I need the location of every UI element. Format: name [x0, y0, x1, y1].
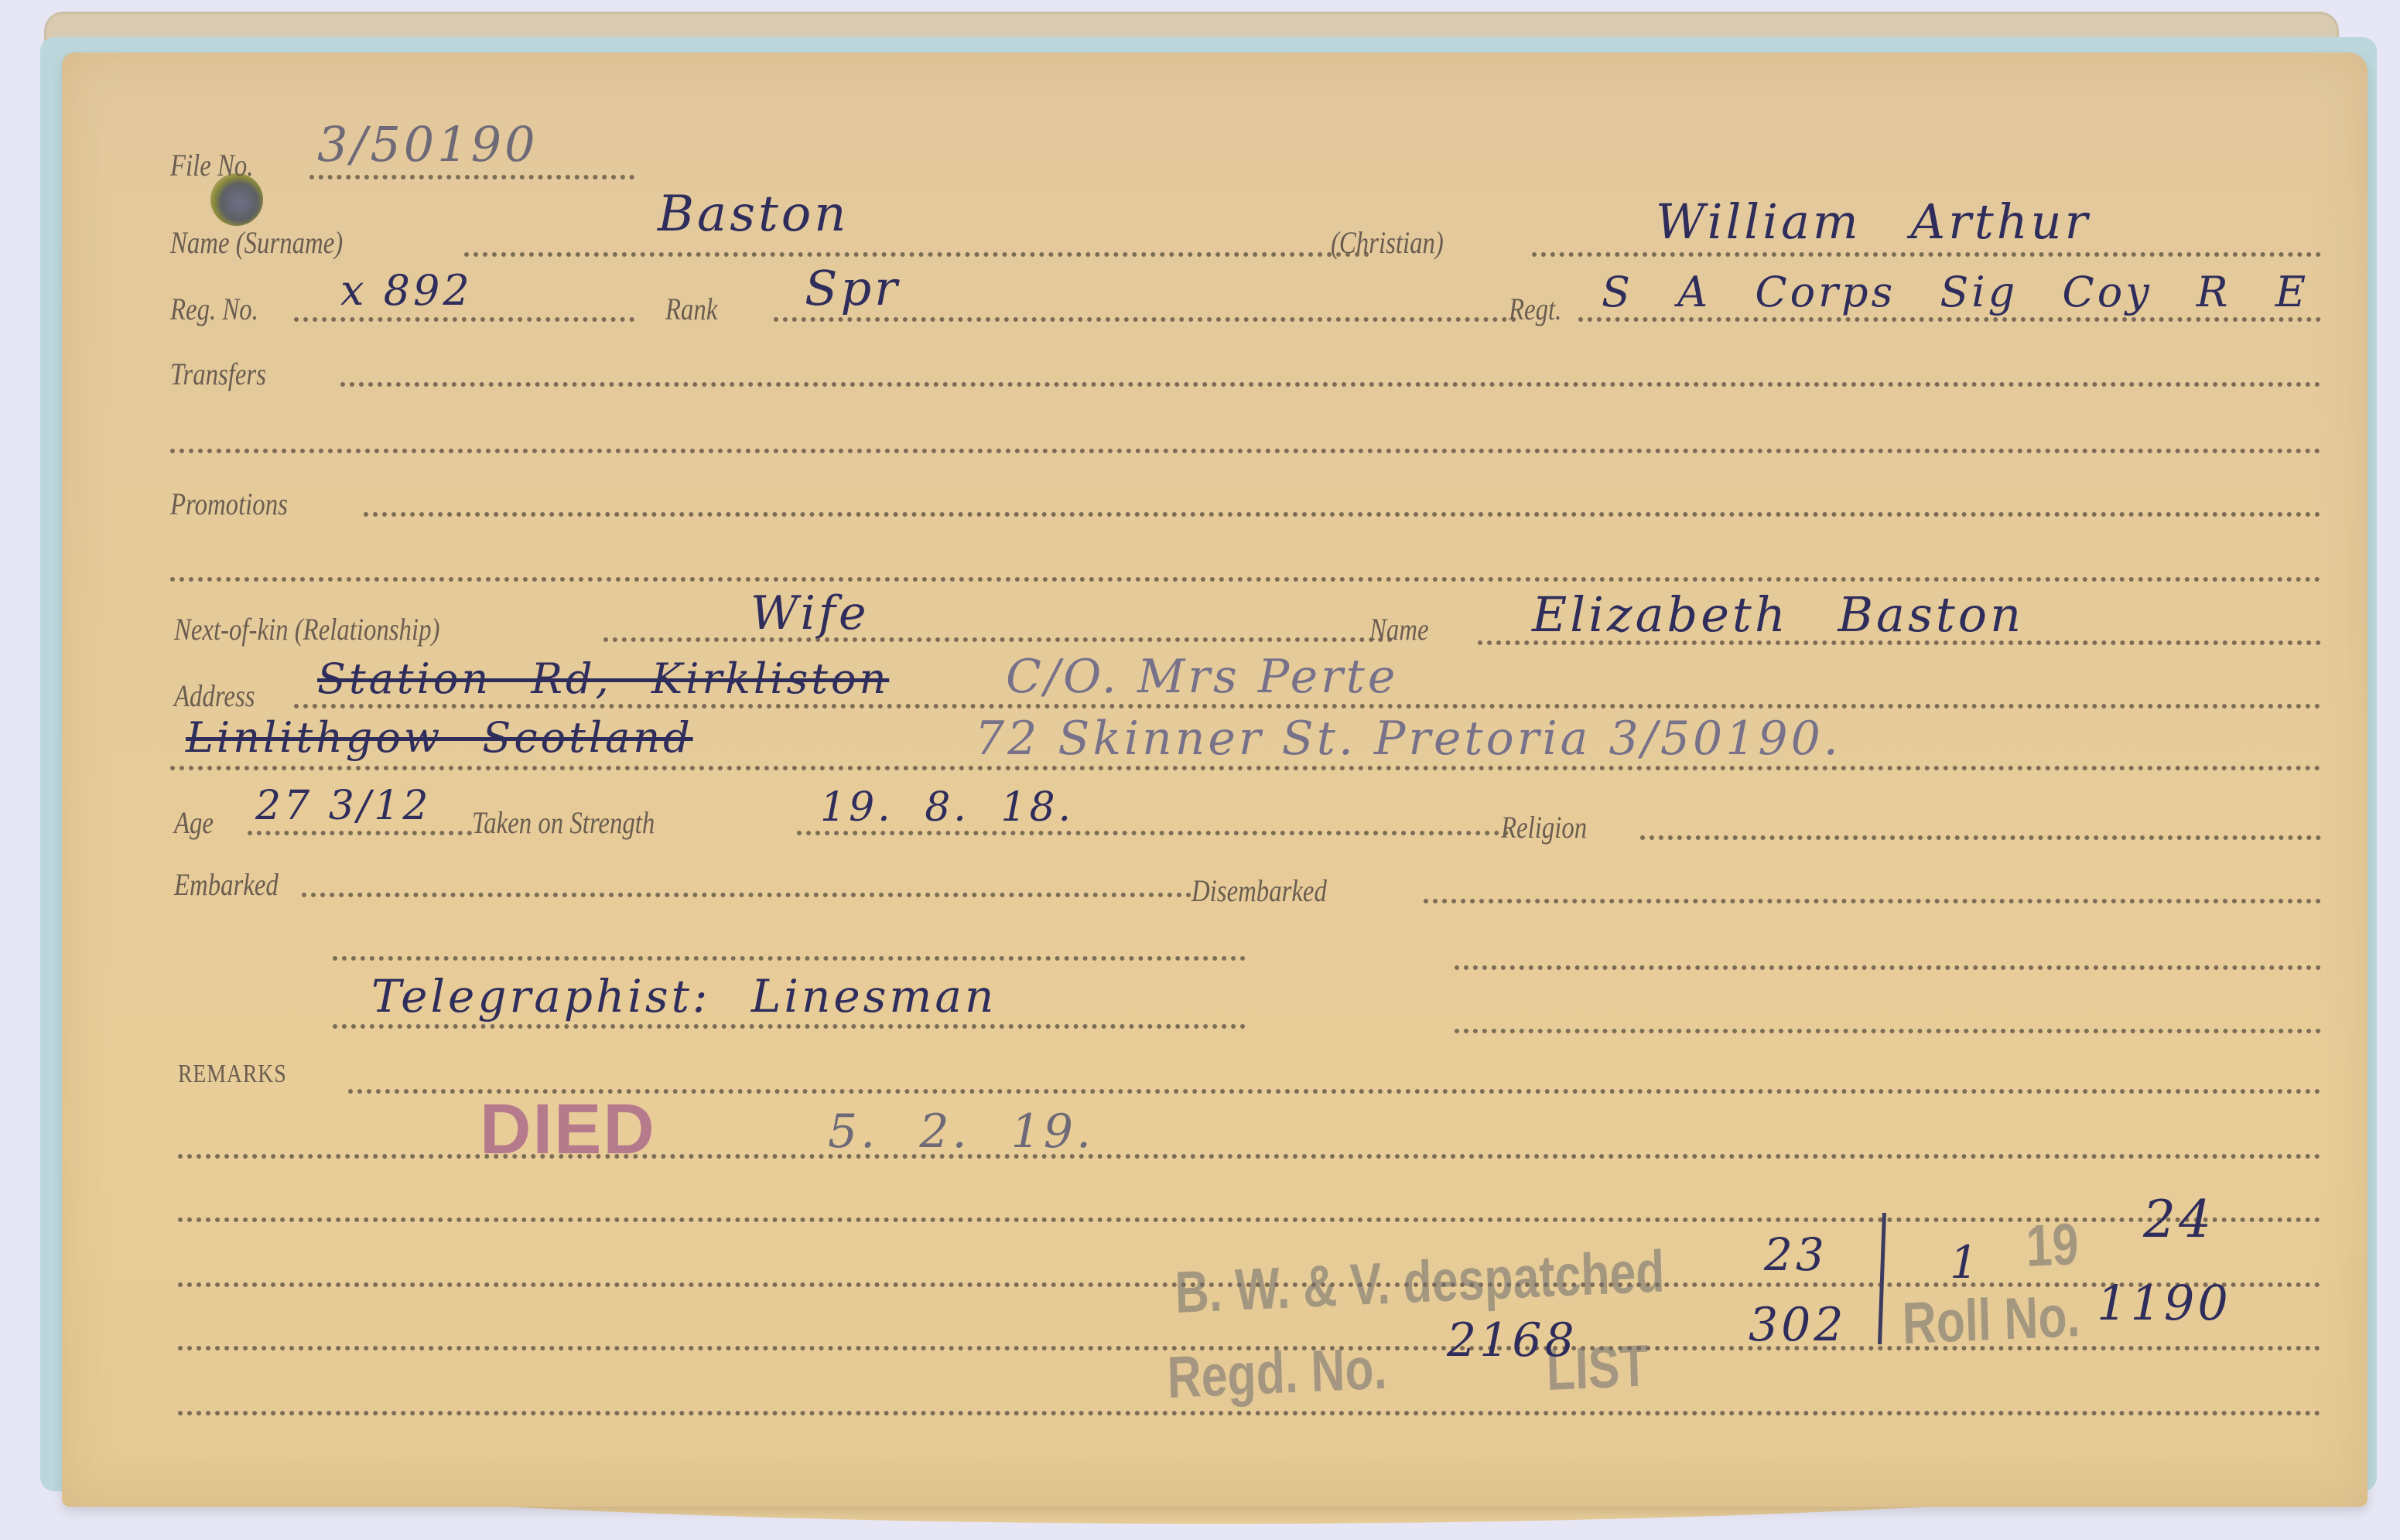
despatch-month: 1 — [1950, 1236, 1981, 1289]
age-value: 27 3/12 — [255, 783, 431, 829]
blank-line-right-1 — [1455, 965, 2321, 970]
address-line-1-new: C/O. Mrs Perte — [1006, 650, 1398, 704]
transfers-label: Transfers — [170, 356, 266, 392]
christian-line — [1532, 252, 2321, 257]
taken-on-strength-label: Taken on Strength — [472, 804, 655, 841]
rank-value: Spr — [805, 260, 901, 316]
surname-label: Name (Surname) — [170, 224, 343, 261]
embarked-label: Embarked — [174, 866, 279, 903]
regt-label: Regt. — [1509, 291, 1561, 327]
disembarked-label: Disembarked — [1191, 872, 1327, 909]
address-line-2 — [170, 766, 2321, 770]
blank-line-left-1 — [333, 956, 1246, 961]
blank-line-left-2 — [333, 1024, 1246, 1029]
religion-line — [1640, 835, 2321, 840]
record-card: File No. 3/50190 Name (Surname) Baston (… — [62, 53, 2368, 1507]
taken-on-strength-line — [797, 831, 1509, 835]
taken-on-strength-value: 19. 8. 18. — [820, 784, 1074, 831]
address-line-1 — [294, 704, 2321, 709]
promotions-line-2 — [170, 577, 2321, 582]
file-no-label: File No. — [170, 147, 253, 183]
religion-label: Religion — [1501, 809, 1587, 845]
reg-no-value: x 892 — [340, 266, 473, 315]
nok-name-value: Elizabeth Baston — [1532, 586, 2024, 643]
nok-name-label: Name — [1369, 611, 1429, 647]
despatch-stamp-line-1: B. W. & V. despatched — [1174, 1238, 1666, 1327]
died-stamp: DIED — [480, 1089, 656, 1170]
address-line-2-new: 72 Skinner St. Pretoria 3/50190. — [975, 712, 1841, 766]
remarks-label: REMARKS — [178, 1060, 287, 1089]
roll-no-value: 1190 — [2097, 1275, 2231, 1331]
address-line-2-struck: Linlithgow Scotland — [186, 713, 693, 762]
age-line — [248, 831, 472, 835]
transfers-line-2 — [170, 449, 2321, 453]
surname-value: Baston — [658, 186, 850, 243]
despatch-divider-mark — [1878, 1213, 1886, 1344]
regt-line — [1578, 317, 2321, 322]
christian-label: (Christian) — [1331, 224, 1444, 261]
christian-value: William Arthur — [1656, 193, 2091, 250]
died-date: 5. 2. 19. — [828, 1105, 1094, 1159]
regt-value: S A Corps Sig Coy R E — [1602, 268, 2309, 316]
address-label: Address — [174, 678, 255, 714]
address-line-1-struck: Station Rd, Kirkliston — [317, 654, 889, 703]
reg-no-line — [294, 317, 634, 322]
next-of-kin-label: Next-of-kin (Relationship) — [174, 611, 439, 647]
despatch-stamp-roll-label: Roll No. — [1902, 1282, 2081, 1357]
disembarked-line — [1424, 899, 2321, 903]
regd-no-value: 2168 — [1447, 1313, 1578, 1368]
embarked-line — [302, 893, 1191, 897]
despatch-stamp-line-2: Regd. No. — [1167, 1335, 1388, 1412]
blank-line-right-2 — [1455, 1029, 2321, 1033]
despatch-year: 24 — [2143, 1190, 2214, 1249]
despatch-day: 23 — [1764, 1228, 1827, 1281]
remarks-line-3 — [178, 1217, 2321, 1222]
age-label: Age — [174, 804, 214, 841]
transfers-line — [340, 382, 2321, 387]
despatch-stamp-year-prefix: 19 — [2026, 1210, 2080, 1280]
next-of-kin-line — [603, 637, 1393, 642]
file-no-line — [309, 175, 634, 179]
surname-line — [464, 252, 1369, 257]
promotions-label: Promotions — [170, 486, 288, 522]
remarks-line-6 — [178, 1411, 2321, 1415]
rank-line — [774, 317, 1516, 322]
next-of-kin-value: Wife — [750, 586, 870, 640]
rank-label: Rank — [665, 291, 717, 327]
trade-value: Telegraphist: Linesman — [371, 970, 997, 1023]
list-no-value: 302 — [1749, 1298, 1847, 1352]
promotions-line — [364, 512, 2321, 517]
reg-no-label: Reg. No. — [170, 291, 258, 327]
file-no-value: 3/50190 — [317, 116, 538, 172]
